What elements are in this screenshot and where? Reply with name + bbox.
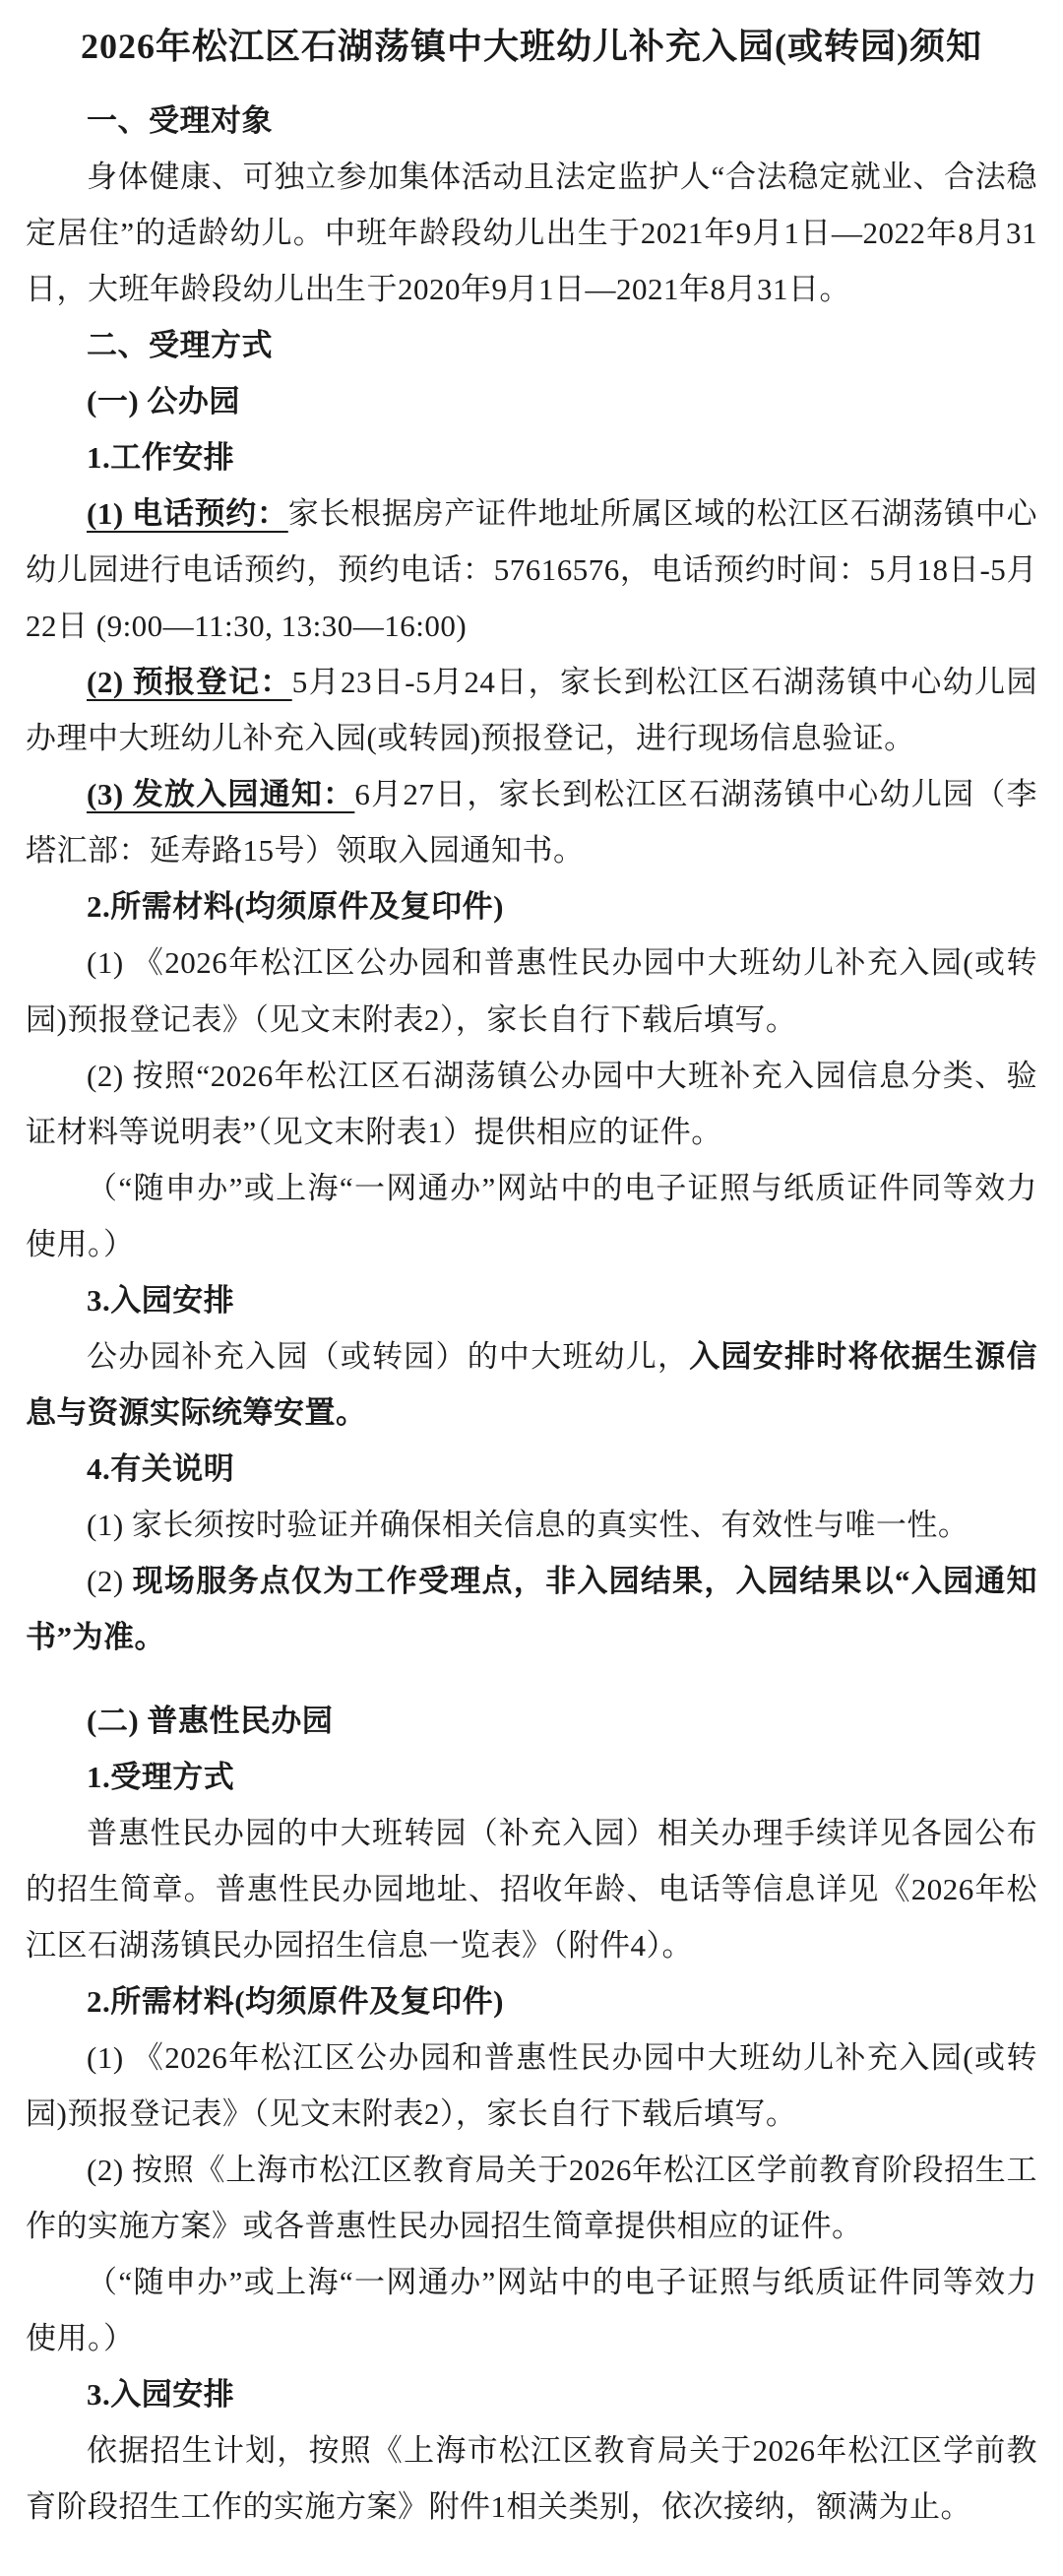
emphasis-text-run: (二) 普惠性民办园 — [87, 1704, 333, 1738]
emphasis-text-run: 2.所需材料(均须原件及复印件) — [87, 889, 504, 924]
emphasis-text-run: 1.工作安排 — [87, 440, 234, 475]
text-run: (2) 按照《上海市松江区教育局关于2026年松江区学前教育阶段招生工作的实施方… — [26, 2153, 1037, 2243]
document-title: 2026年松江区石湖荡镇中大班幼儿补充入园(或转园)须知 — [26, 20, 1037, 73]
para-ecert-note-private: （“随申办”或上海“一网通办”网站中的电子证照与纸质证件同等效力使用。） — [26, 2254, 1037, 2366]
heading-private-kindergarten: (二) 普惠性民办园 — [26, 1693, 1037, 1749]
emphasis-text-run: 二、受理方式 — [87, 328, 273, 362]
text-run: (1) 《2026年松江区公办园和普惠性民办园中大班幼儿补充入园(或转园)预报登… — [26, 2040, 1037, 2131]
text-run: （“随申办”或上海“一网通办”网站中的电子证照与纸质证件同等效力使用。） — [26, 2265, 1037, 2355]
emphasis-text-run: 4.有关说明 — [87, 1451, 234, 1486]
para-admission-arrangement-private: 依据招生计划，按照《上海市松江区教育局关于2026年松江区学前教育阶段招生工作的… — [26, 2422, 1037, 2535]
text-run: (1) 家长须按时验证并确保相关信息的真实性、有效性与唯一性。 — [87, 1508, 969, 1542]
para-admission-notice-issue: (3) 发放入园通知：6月27日，家长到松江区石湖荡镇中心幼儿园（李塔汇部：延寿… — [26, 766, 1037, 878]
heading-work-arrangement: 1.工作安排 — [26, 429, 1037, 485]
heading-required-materials-private: 2.所需材料(均须原件及复印件) — [26, 1973, 1037, 2029]
para-material-2-public: (2) 按照“2026年松江区石湖荡镇公办园中大班补充入园信息分类、验证材料等说… — [26, 1048, 1037, 1160]
text-run: 普惠性民办园的中大班转园（补充入园）相关办理手续详见各园公布的招生简章。普惠性民… — [26, 1816, 1037, 1963]
heading-public-kindergarten: (一) 公办园 — [26, 373, 1037, 429]
text-run: (2) 按照“2026年松江区石湖荡镇公办园中大班补充入园信息分类、验证材料等说… — [26, 1059, 1037, 1149]
emphasis-text-run: 一、受理对象 — [87, 103, 273, 138]
emphasis-text-run: 3.入园安排 — [87, 1283, 234, 1318]
emphasis-text-run: 1.受理方式 — [87, 1760, 234, 1794]
emphasis-text-run: 现场服务点仅为工作受理点，非入园结果，入园结果以“入园通知书”为准。 — [26, 1564, 1037, 1654]
heading-accept-method-private: 1.受理方式 — [26, 1749, 1037, 1805]
para-phone-reservation: (1) 电话预约：家长根据房产证件地址所属区域的松江区石湖荡镇中心幼儿园进行电话… — [26, 485, 1037, 654]
heading-section-2-accept-method: 二、受理方式 — [26, 317, 1037, 373]
para-pre-registration: (2) 预报登记：5月23日-5月24日，家长到松江区石湖荡镇中心幼儿园办理中大… — [26, 654, 1037, 766]
para-material-1-private: (1) 《2026年松江区公办园和普惠性民办园中大班幼儿补充入园(或转园)预报登… — [26, 2029, 1037, 2142]
emphasis-text-run: 2.所需材料(均须原件及复印件) — [87, 1984, 504, 2019]
text-run: （“随申办”或上海“一网通办”网站中的电子证照与纸质证件同等效力使用。） — [26, 1171, 1037, 1261]
heading-notes: 4.有关说明 — [26, 1441, 1037, 1497]
heading-admission-arrangement-public: 3.入园安排 — [26, 1272, 1037, 1328]
para-note-2: (2) 现场服务点仅为工作受理点，非入园结果，入园结果以“入园通知书”为准。 — [26, 1553, 1037, 1665]
emphasis-text-run: 3.入园安排 — [87, 2377, 234, 2412]
para-accept-method-private: 普惠性民办园的中大班转园（补充入园）相关办理手续详见各园公布的招生简章。普惠性民… — [26, 1805, 1037, 1973]
heading-admission-arrangement-private: 3.入园安排 — [26, 2366, 1037, 2422]
document-page: 2026年松江区石湖荡镇中大班幼儿补充入园(或转园)须知 一、受理对象身体健康、… — [0, 0, 1063, 2576]
document-body: 一、受理对象身体健康、可独立参加集体活动且法定监护人“合法稳定就业、合法稳定居住… — [26, 93, 1037, 2535]
emphasis-text-run: (一) 公办园 — [87, 384, 240, 419]
text-run: 依据招生计划，按照《上海市松江区教育局关于2026年松江区学前教育阶段招生工作的… — [26, 2433, 1037, 2524]
para-note-1: (1) 家长须按时验证并确保相关信息的真实性、有效性与唯一性。 — [26, 1497, 1037, 1553]
emphasis-text-run: (2) 预报登记： — [87, 665, 292, 699]
emphasis-text-run: (3) 发放入园通知： — [87, 777, 354, 811]
text-run: (2) — [87, 1564, 133, 1598]
text-run: (1) 《2026年松江区公办园和普惠性民办园中大班幼儿补充入园(或转园)预报登… — [26, 945, 1037, 1036]
heading-section-1-accept-target: 一、受理对象 — [26, 93, 1037, 149]
para-ecert-note-public: （“随申办”或上海“一网通办”网站中的电子证照与纸质证件同等效力使用。） — [26, 1160, 1037, 1272]
para-admission-arrangement-public: 公办园补充入园（或转园）的中大班幼儿，入园安排时将依据生源信息与资源实际统筹安置… — [26, 1328, 1037, 1441]
heading-required-materials-public: 2.所需材料(均须原件及复印件) — [26, 878, 1037, 934]
para-eligibility: 身体健康、可独立参加集体活动且法定监护人“合法稳定就业、合法稳定居住”的适龄幼儿… — [26, 149, 1037, 317]
para-material-1-public: (1) 《2026年松江区公办园和普惠性民办园中大班幼儿补充入园(或转园)预报登… — [26, 934, 1037, 1047]
emphasis-text-run: (1) 电话预约： — [87, 496, 288, 531]
text-run: 公办园补充入园（或转园）的中大班幼儿， — [87, 1339, 689, 1374]
para-material-2-private: (2) 按照《上海市松江区教育局关于2026年松江区学前教育阶段招生工作的实施方… — [26, 2142, 1037, 2254]
text-run: 身体健康、可独立参加集体活动且法定监护人“合法稳定就业、合法稳定居住”的适龄幼儿… — [26, 160, 1037, 306]
